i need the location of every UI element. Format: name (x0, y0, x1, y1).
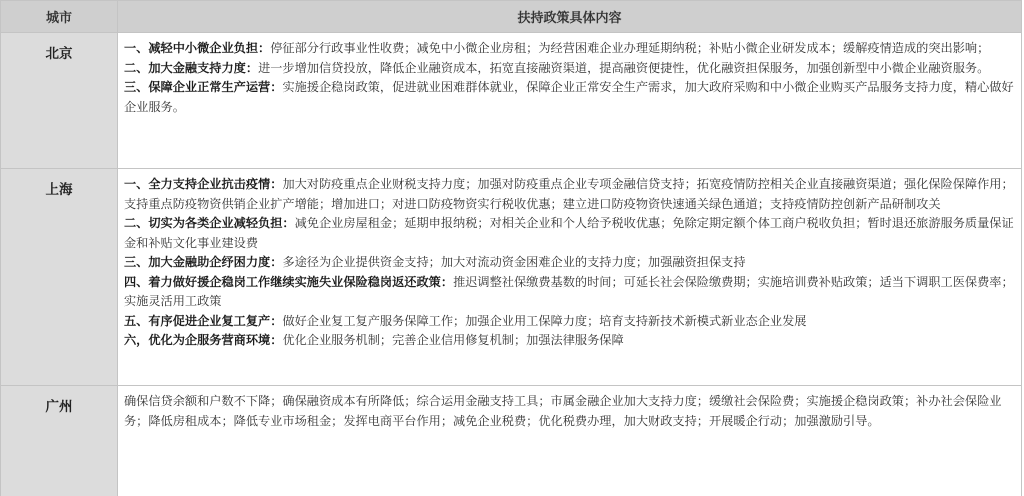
city-cell: 北京 (1, 33, 118, 169)
policy-cell: 一、减轻中小微企业负担：停征部分行政事业性收费；减免中小微企业房租；为经营困难企… (118, 33, 1022, 169)
policy-lead: 五、有序促进企业复工复产： (124, 314, 282, 328)
policy-item: 三、保障企业正常生产运营：实施援企稳岗政策，促进就业困难群体就业，保障企业正常安… (124, 78, 1015, 117)
header-city: 城市 (1, 1, 118, 33)
policy-text: 做好企业复工复产服务保障工作；加强企业用工保障力度；培育支持新技术新模式新业态企… (282, 314, 806, 328)
table-row-guangzhou: 广州 确保信贷余额和户数不下降；确保融资成本有所降低；综合运用金融支持工具；市属… (1, 386, 1022, 496)
policy-item: 一、减轻中小微企业负担：停征部分行政事业性收费；减免中小微企业房租；为经营困难企… (124, 39, 1015, 59)
policy-text: 进一步增加信贷投放，降低企业融资成本，拓宽直接融资渠道，提高融资便捷性，优化融资… (258, 61, 989, 75)
policy-text: 优化企业服务机制；完善企业信用修复机制；加强法律服务保障 (282, 333, 623, 347)
policy-item: 三、加大金融助企纾困力度：多途径为企业提供资金支持；加大对流动资金困难企业的支持… (124, 253, 1015, 273)
policy-lead: 二、加大金融支持力度： (124, 61, 258, 75)
policy-table: 城市 扶持政策具体内容 北京 一、减轻中小微企业负担：停征部分行政事业性收费；减… (0, 0, 1022, 496)
policy-lead: 一、全力支持企业抗击疫情： (124, 177, 282, 191)
policy-item: 四、着力做好援企稳岗工作继续实施失业保险稳岗返还政策：推迟调整社保缴费基数的时间… (124, 273, 1015, 312)
city-cell: 广州 (1, 386, 118, 496)
policy-item: 二、切实为各类企业减轻负担：减免企业房屋租金；延期申报纳税；对相关企业和个人给予… (124, 214, 1015, 253)
policy-item: 五、有序促进企业复工复产：做好企业复工复产服务保障工作；加强企业用工保障力度；培… (124, 312, 1015, 332)
header-row: 城市 扶持政策具体内容 (1, 1, 1022, 33)
policy-lead: 四、着力做好援企稳岗工作继续实施失业保险稳岗返还政策： (124, 275, 453, 289)
policy-item: 六，优化为企服务营商环境：优化企业服务机制；完善企业信用修复机制；加强法律服务保… (124, 331, 1015, 351)
policy-cell: 一、全力支持企业抗击疫情：加大对防疫重点企业财税支持力度；加强对防疫重点企业专项… (118, 169, 1022, 386)
table-row-beijing: 北京 一、减轻中小微企业负担：停征部分行政事业性收费；减免中小微企业房租；为经营… (1, 33, 1022, 169)
policy-lead: 六，优化为企服务营商环境： (124, 333, 282, 347)
policy-cell: 确保信贷余额和户数不下降；确保融资成本有所降低；综合运用金融支持工具；市属金融企… (118, 386, 1022, 496)
policy-lead: 三、加大金融助企纾困力度： (124, 255, 282, 269)
policy-item: 一、全力支持企业抗击疫情：加大对防疫重点企业财税支持力度；加强对防疫重点企业专项… (124, 175, 1015, 214)
header-policy-content: 扶持政策具体内容 (118, 1, 1022, 33)
policy-item: 确保信贷余额和户数不下降；确保融资成本有所降低；综合运用金融支持工具；市属金融企… (124, 392, 1015, 431)
policy-lead: 二、切实为各类企业减轻负担： (124, 216, 295, 230)
policy-text: 多途径为企业提供资金支持；加大对流动资金困难企业的支持力度；加强融资担保支持 (282, 255, 745, 269)
policy-item: 二、加大金融支持力度：进一步增加信贷投放，降低企业融资成本，拓宽直接融资渠道，提… (124, 59, 1015, 79)
policy-lead: 三、保障企业正常生产运营： (124, 80, 282, 94)
city-cell: 上海 (1, 169, 118, 386)
table-row-shanghai: 上海 一、全力支持企业抗击疫情：加大对防疫重点企业财税支持力度；加强对防疫重点企… (1, 169, 1022, 386)
policy-lead: 一、减轻中小微企业负担： (124, 41, 270, 55)
policy-text: 确保信贷余额和户数不下降；确保融资成本有所降低；综合运用金融支持工具；市属金融企… (124, 394, 1002, 428)
policy-text: 停征部分行政事业性收费；减免中小微企业房租；为经营困难企业办理延期纳税；补贴小微… (270, 41, 989, 55)
